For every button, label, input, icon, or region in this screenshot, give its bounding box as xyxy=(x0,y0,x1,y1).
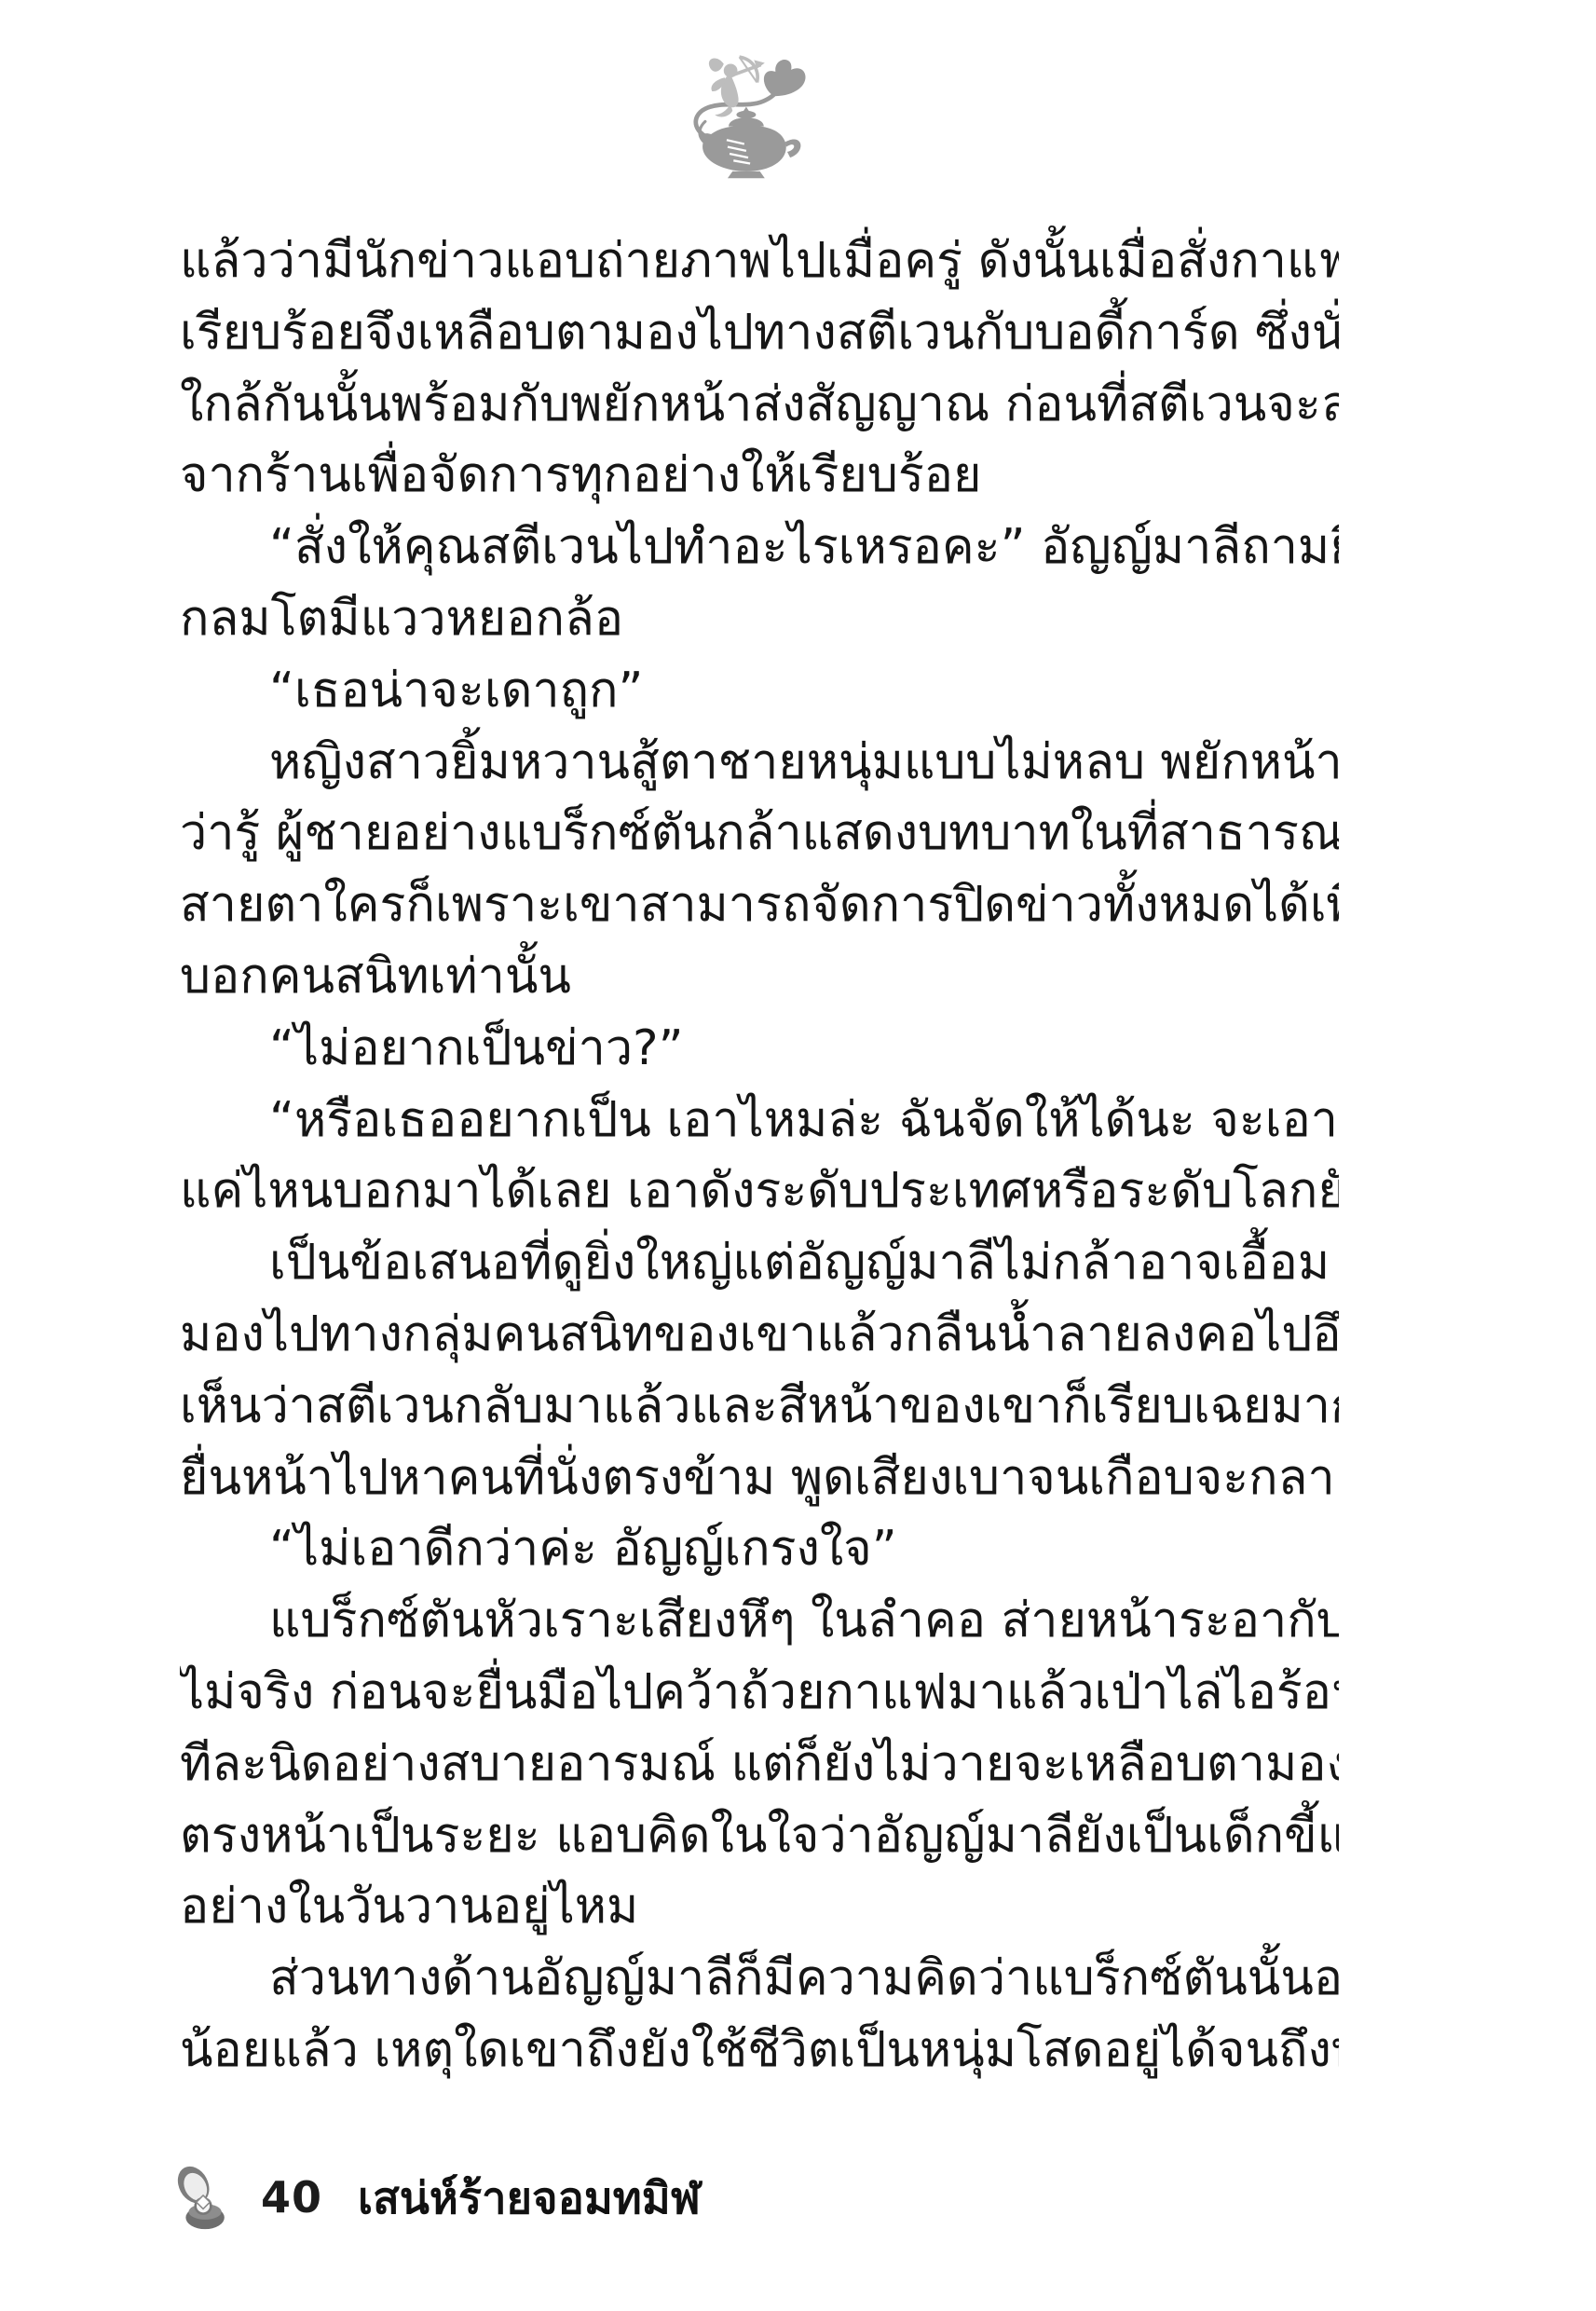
text-line: เรียบร้อยจึงเหลือบตามองไปทางสตีเวนกับบอด… xyxy=(180,297,1339,369)
text-line: กลมโตมีแววหยอกล้อ xyxy=(180,583,1339,655)
paragraph: หญิงสาวยิ้มหวานสู้ตาชายหนุ่มแบบไม่หลบ พย… xyxy=(180,727,1339,1013)
text-line: “ไม่เอาดีกว่าค่ะ อัญญ์เกรงใจ” xyxy=(180,1513,1339,1585)
text-line: “ไม่อยากเป็นข่าว?” xyxy=(180,1013,1339,1085)
text-line: แค่ไหนบอกมาได้เลย เอาดังระดับประเทศหรือร… xyxy=(180,1155,1339,1227)
text-line: แบร็กซ์ตันหัวเราะเสียงหึๆ ในลำคอ ส่ายหน้… xyxy=(180,1585,1339,1657)
paragraph: “หรือเธออยากเป็น เอาไหมล่ะ ฉันจัดให้ได้น… xyxy=(180,1085,1339,1228)
cupid-genie-lamp-icon xyxy=(688,48,809,179)
text-line: ตรงหน้าเป็นระยะ แอบคิดในใจว่าอัญญ์มาลียั… xyxy=(180,1800,1339,1872)
text-line: “เธอน่าจะเดาถูก” xyxy=(180,655,1339,727)
paragraph: แล้วว่ามีนักข่าวแอบถ่ายภาพไปเมื่อครู่ ดั… xyxy=(180,226,1339,512)
text-line: ส่วนทางด้านอัญญ์มาลีก็มีความคิดว่าแบร็กซ… xyxy=(180,1943,1339,2015)
text-line: สายตาใครก็เพราะเขาสามารถจัดการปิดข่าวทั้… xyxy=(180,869,1339,941)
book-page: แล้วว่ามีนักข่าวแอบถ่ายภาพไปเมื่อครู่ ดั… xyxy=(0,0,1596,2311)
text-line: มองไปทางกลุ่มคนสนิทของเขาแล้วกลืนน้ำลายล… xyxy=(180,1299,1339,1371)
text-line: เป็นข้อเสนอที่ดูยิ่งใหญ่แต่อัญญ์มาลีไม่ก… xyxy=(180,1227,1339,1299)
paragraph: “เธอน่าจะเดาถูก” xyxy=(180,655,1339,727)
text-line: ยื่นหน้าไปหาคนที่นั่งตรงข้าม พูดเสียงเบา… xyxy=(180,1443,1339,1514)
paragraph: “สั่งให้คุณสตีเวนไปทำอะไรเหรอคะ” อัญญ์มา… xyxy=(180,512,1339,655)
text-line: เห็นว่าสตีเวนกลับมาแล้วและสีหน้าของเขาก็… xyxy=(180,1371,1339,1443)
paragraph: “ไม่อยากเป็นข่าว?” xyxy=(180,1013,1339,1085)
book-title: เสน่ห์ร้ายจอมทมิฬ xyxy=(358,2163,701,2233)
text-block: แล้วว่ามีนักข่าวแอบถ่ายภาพไปเมื่อครู่ ดั… xyxy=(180,226,1339,2108)
text-line: อย่างในวันวานอยู่ไหม xyxy=(180,1871,1339,1943)
ring-box-icon xyxy=(175,2162,229,2233)
page-number: 40 xyxy=(261,2172,322,2222)
paragraph: ส่วนทางด้านอัญญ์มาลีก็มีความคิดว่าแบร็กซ… xyxy=(180,1943,1339,2086)
text-line: ไม่จริง ก่อนจะยื่นมือไปคว้าถ้วยกาแฟมาแล้… xyxy=(180,1657,1339,1729)
text-line: ทีละนิดอย่างสบายอารมณ์ แต่ก็ยังไม่วายจะเ… xyxy=(180,1729,1339,1800)
paragraph: แบร็กซ์ตันหัวเราะเสียงหึๆ ในลำคอ ส่ายหน้… xyxy=(180,1585,1339,1943)
page-footer: 40 เสน่ห์ร้ายจอมทมิฬ xyxy=(175,2158,701,2236)
text-line: “สั่งให้คุณสตีเวนไปทำอะไรเหรอคะ” อัญญ์มา… xyxy=(180,512,1339,583)
genie-lamp-icon xyxy=(702,107,801,179)
text-line: แล้วว่ามีนักข่าวแอบถ่ายภาพไปเมื่อครู่ ดั… xyxy=(180,226,1339,297)
text-line: บอกคนสนิทเท่านั้น xyxy=(180,941,1339,1013)
text-line: น้อยแล้ว เหตุใดเขาถึงยังใช้ชีวิตเป็นหนุ่… xyxy=(180,2015,1339,2086)
text-line: ใกล้กันนั้นพร้อมกับพยักหน้าส่งสัญญาณ ก่อ… xyxy=(180,369,1339,441)
text-line: ว่ารู้ ผู้ชายอย่างแบร็กซ์ตันกล้าแสดงบทบา… xyxy=(180,798,1339,869)
text-line: จากร้านเพื่อจัดการทุกอย่างให้เรียบร้อย xyxy=(180,440,1339,512)
paragraph: เป็นข้อเสนอที่ดูยิ่งใหญ่แต่อัญญ์มาลีไม่ก… xyxy=(180,1227,1339,1513)
paragraph: “ไม่เอาดีกว่าค่ะ อัญญ์เกรงใจ” xyxy=(180,1513,1339,1585)
text-line: “หรือเธออยากเป็น เอาไหมล่ะ ฉันจัดให้ได้น… xyxy=(180,1085,1339,1156)
text-line: หญิงสาวยิ้มหวานสู้ตาชายหนุ่มแบบไม่หลบ พย… xyxy=(180,727,1339,799)
